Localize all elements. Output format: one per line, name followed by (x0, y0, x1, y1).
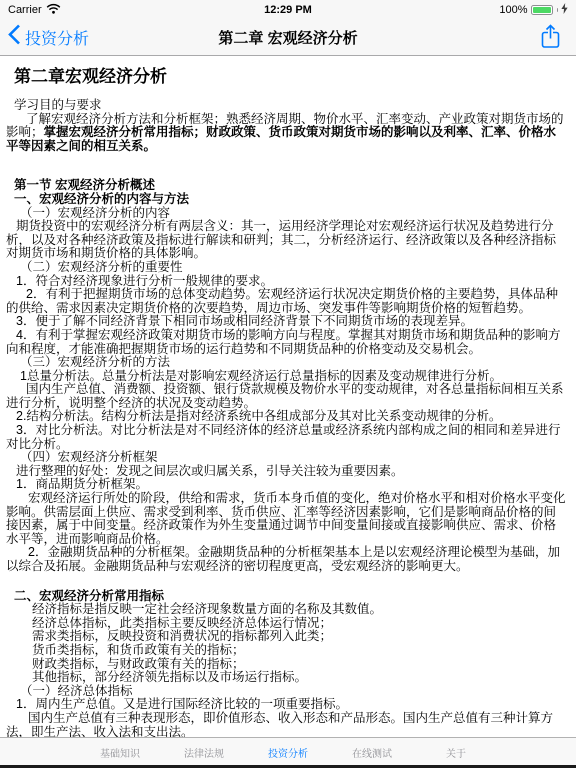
status-left: Carrier (8, 3, 188, 17)
paragraph: （四）宏观经济分析框架 (6, 451, 566, 465)
tab-bar: 基础知识法律法规投资分析在线测试关于 (0, 737, 576, 765)
status-time: 12:29 PM (188, 4, 388, 16)
tab-item-法律法规[interactable]: 法律法规 (162, 745, 246, 765)
carrier-label: Carrier (8, 4, 42, 16)
paragraph: 学习目的与要求 (6, 99, 566, 113)
paragraph: 期货投资中的宏观经济分析有两层含义：其一，运用经济学理论对宏观经济运行状况及趋势… (6, 220, 566, 261)
tab-item-基础知识[interactable]: 基础知识 (78, 745, 162, 765)
tab-item-投资分析[interactable]: 投资分析 (246, 745, 330, 765)
status-right: 100% (388, 3, 568, 17)
tab-item-在线测试[interactable]: 在线测试 (330, 745, 414, 765)
paragraph: 4．有利于掌握宏观经济政策对期货市场的影响方向与程度。掌握其对期货市场和期货品种… (6, 329, 566, 356)
battery-nub (557, 8, 559, 12)
document-title: 第二章宏观经济分析 (6, 66, 566, 87)
paragraph: 国内生产总值有三种表现形态，即价值形态、收入形态和产品形态。国内生产总值有三种计… (6, 712, 566, 737)
share-button[interactable] (539, 23, 562, 56)
paragraph: 一、宏观经济分析的内容与方法 (6, 193, 566, 207)
document-content[interactable]: 第二章宏观经济分析 学习目的与要求了解宏观经济分析方法和分析框架；熟悉经济周期、… (0, 56, 576, 737)
paragraph: 经济指标是指反映一定社会经济现象数量方面的名称及其数值。 (6, 603, 566, 617)
paragraph: 2．金融期货品种的分析框架。金融期货品种的分析框架基本上是以宏观经济理论模型为基… (6, 546, 566, 573)
paragraph: 需求类指标，反映投资和消费状况的指标都列入此类； (6, 630, 566, 644)
document-paragraphs: 学习目的与要求了解宏观经济分析方法和分析框架；熟悉经济周期、物价水平、汇率变动、… (6, 99, 566, 737)
share-icon (539, 38, 562, 55)
paragraph: 了解宏观经济分析方法和分析框架；熟悉经济周期、物价水平、汇率变动、产业政策对期货… (6, 113, 566, 154)
paragraph: 2．有利于把握期货市场的总体变动趋势。宏观经济运行状况决定期货价格的主要趋势，具… (6, 288, 566, 315)
status-bar: Carrier 12:29 PM 100% (0, 0, 576, 20)
paragraph: 1．周内生产总值。又是进行国际经济比较的一项重要指标。 (6, 698, 566, 712)
nav-title: 第二章 宏观经济分析 (0, 27, 576, 48)
paragraph: 第一节 宏观经济分析概述 (6, 179, 566, 193)
battery-percent: 100% (499, 4, 527, 16)
paragraph: 其他指标，部分经济领先指标以及市场运行指标。 (6, 671, 566, 685)
wifi-icon (46, 3, 61, 17)
app-screen: Carrier 12:29 PM 100% (0, 0, 576, 768)
paragraph: 货币类指标，和货币政策有关的指标； (6, 644, 566, 658)
paragraph: （二）宏观经济分析的重要性 (6, 261, 566, 275)
paragraph: 1．商品期货分析框架。 (6, 478, 566, 492)
charging-bolt-icon (561, 3, 568, 17)
top-bars: Carrier 12:29 PM 100% (0, 0, 576, 56)
tab-item-关于[interactable]: 关于 (414, 745, 498, 765)
paragraph: 国内生产总值、消费额、投资额、银行贷款规模及物价水平的变动规律，对各总量指标间相… (6, 383, 566, 410)
nav-bar: 投资分析 第二章 宏观经济分析 (0, 20, 576, 55)
battery-icon (531, 5, 553, 15)
paragraph: 宏观经济运行所处的阶段，供给和需求，货币本身币值的变化，绝对价格水平和相对价格水… (6, 492, 566, 546)
paragraph: 3．便于了解不同经济背景下相同市场或相同经济背景下不同期货市场的表现差异。 (6, 315, 566, 329)
paragraph: 3．对比分析法。对比分析法是对不同经济体的经济总量或经济系统内部构成之间的相同和… (6, 424, 566, 451)
paragraph: （三）宏观经济分析的方法 (6, 356, 566, 370)
